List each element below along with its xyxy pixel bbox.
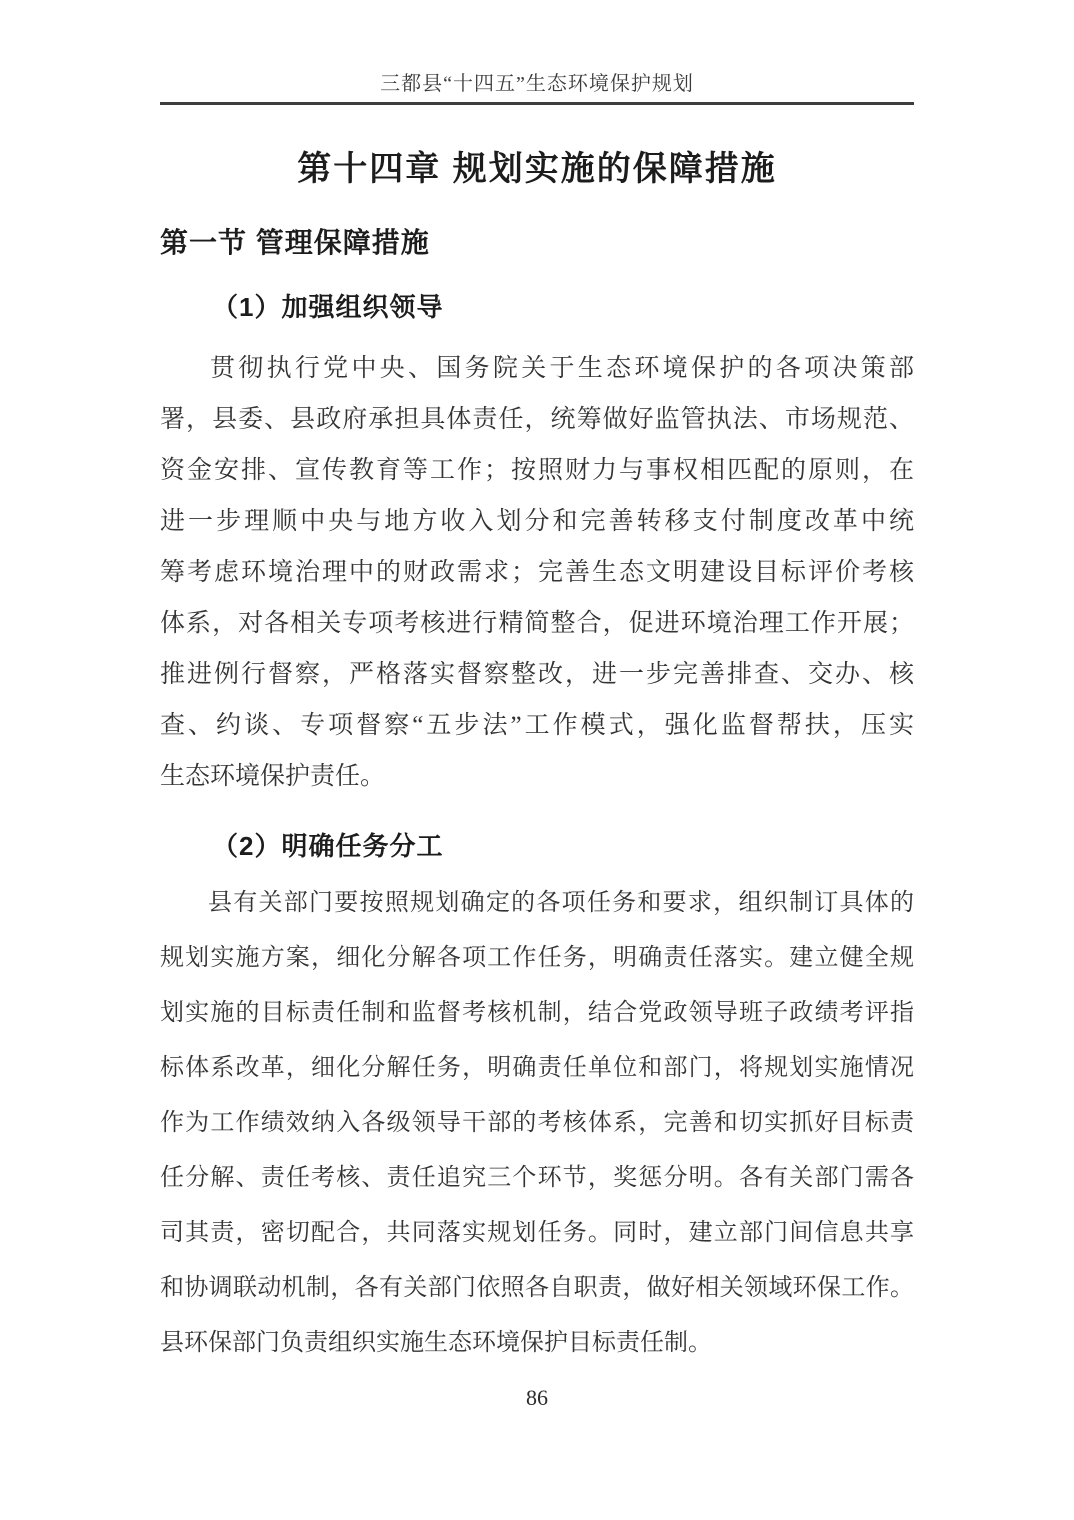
paragraph-line: 县环保部门负责组织实施生态环境保护目标责任制。 [160, 1316, 914, 1371]
paragraph-line: 和协调联动机制，各有关部门依照各自职责，做好相关领域环保工作。 [160, 1261, 914, 1316]
paragraph-line: 规划实施方案，细化分解各项工作任务，明确责任落实。建立健全规 [160, 931, 914, 986]
paragraph-line: 体系，对各相关专项考核进行精简整合，促进环境治理工作开展； [160, 598, 914, 649]
paragraph-line: 筹考虑环境治理中的财政需求；完善生态文明建设目标评价考核 [160, 547, 914, 598]
paragraph-line: 司其责，密切配合，共同落实规划任务。同时，建立部门间信息共享 [160, 1206, 914, 1261]
header-rule [160, 102, 914, 105]
paragraph-line: 推进例行督察，严格落实督察整改，进一步完善排查、交办、核 [160, 649, 914, 700]
subsection-1-heading: （1）加强组织领导 [212, 289, 914, 325]
chapter-title: 第十四章 规划实施的保障措施 [160, 145, 914, 193]
paragraph-line: 进一步理顺中央与地方收入划分和完善转移支付制度改革中统 [160, 496, 914, 547]
running-header-title: 三都县“十四五”生态环境保护规划 [160, 0, 914, 96]
subsection-2-heading: （2）明确任务分工 [212, 828, 914, 864]
section-title: 第一节 管理保障措施 [160, 223, 914, 263]
subsection-1-paragraph: 贯彻执行党中央、国务院关于生态环境保护的各项决策部署，县委、县政府承担具体责任，… [160, 343, 914, 802]
document-page: 三都县“十四五”生态环境保护规划 第十四章 规划实施的保障措施 第一节 管理保障… [0, 0, 1074, 1520]
paragraph-line: 查、约谈、专项督察“五步法”工作模式，强化监督帮扶，压实 [160, 700, 914, 751]
paragraph-line: 作为工作绩效纳入各级领导干部的考核体系，完善和切实抓好目标责 [160, 1096, 914, 1151]
subsection-2-paragraph: 县有关部门要按照规划确定的各项任务和要求，组织制订具体的规划实施方案，细化分解各… [160, 876, 914, 1371]
page-number: 86 [0, 1385, 1074, 1411]
paragraph-line: 贯彻执行党中央、国务院关于生态环境保护的各项决策部 [160, 343, 914, 394]
paragraph-line: 划实施的目标责任制和监督考核机制，结合党政领导班子政绩考评指 [160, 986, 914, 1041]
paragraph-line: 标体系改革，细化分解任务，明确责任单位和部门，将规划实施情况 [160, 1041, 914, 1096]
paragraph-line: 任分解、责任考核、责任追究三个环节，奖惩分明。各有关部门需各 [160, 1151, 914, 1206]
paragraph-line: 署，县委、县政府承担具体责任，统筹做好监管执法、市场规范、 [160, 394, 914, 445]
paragraph-line: 县有关部门要按照规划确定的各项任务和要求，组织制订具体的 [160, 876, 914, 931]
paragraph-line: 资金安排、宣传教育等工作；按照财力与事权相匹配的原则，在 [160, 445, 914, 496]
paragraph-line: 生态环境保护责任。 [160, 751, 914, 802]
